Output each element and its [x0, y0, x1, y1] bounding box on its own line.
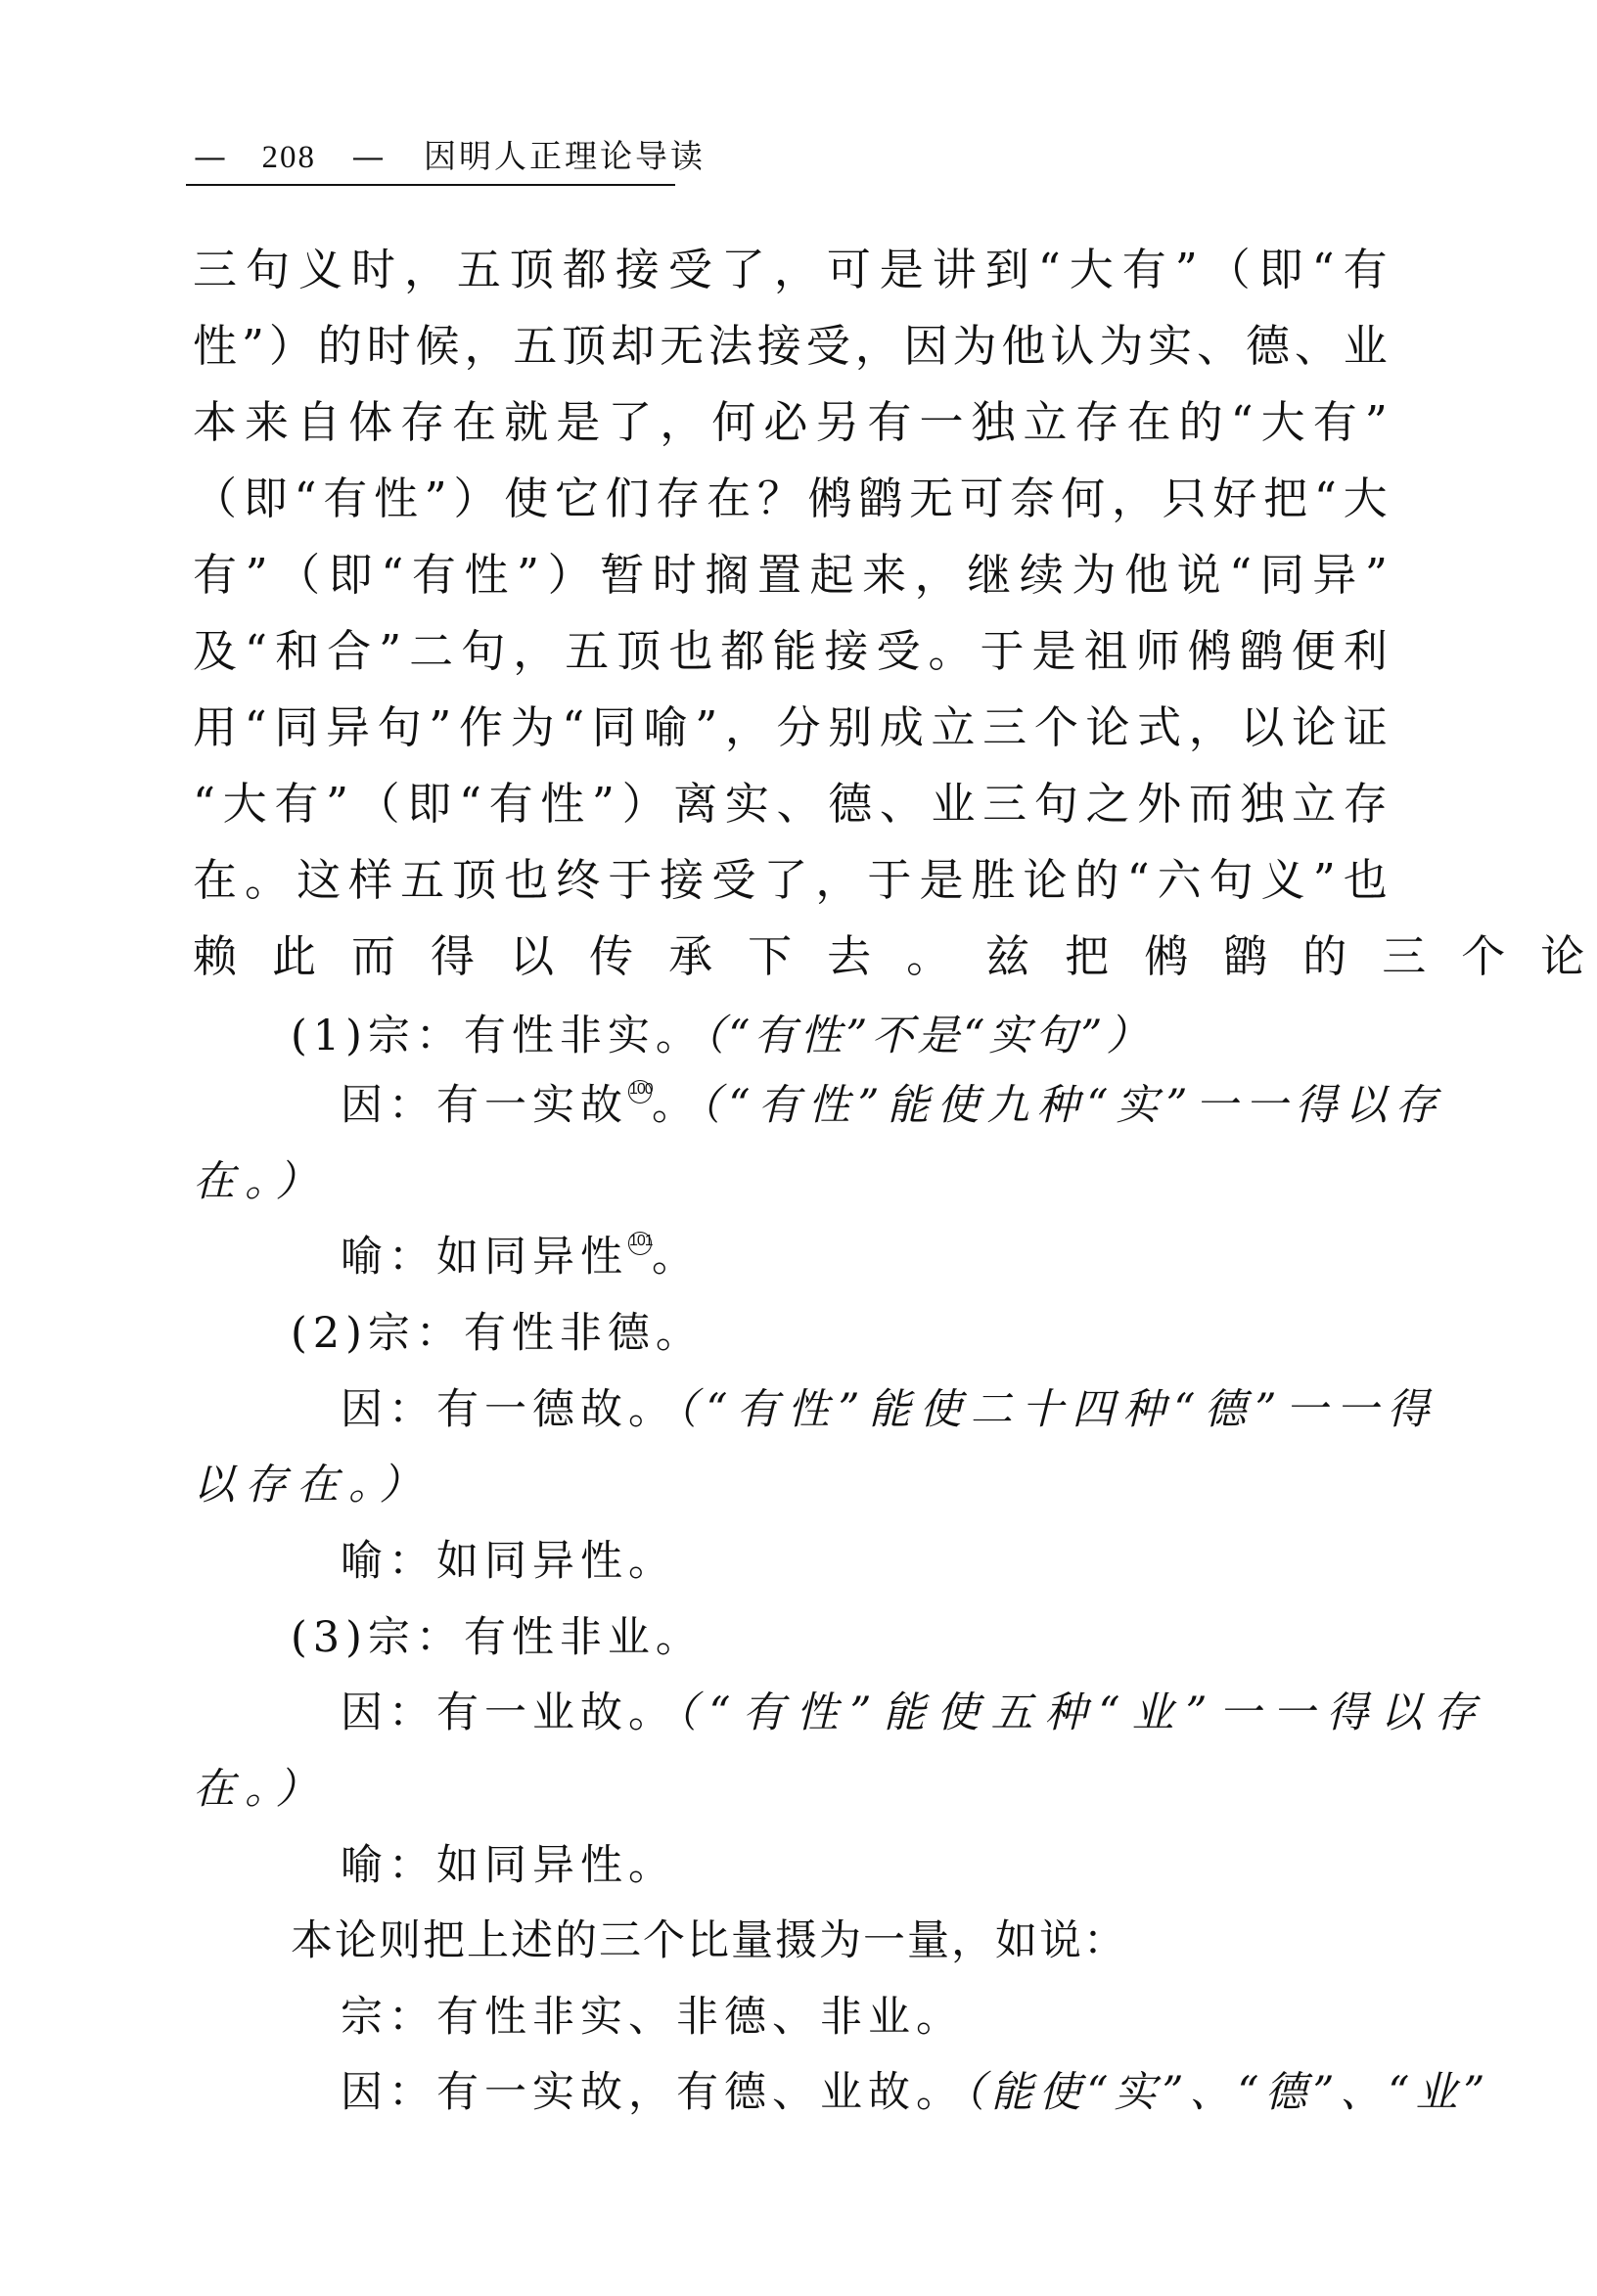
- glyph: 三: [1382, 931, 1426, 1008]
- glyph: 于: [981, 626, 1025, 702]
- glyph: ”: [242, 321, 264, 397]
- glyph: 三: [982, 779, 1027, 855]
- syllogism-1-example-end: 。: [652, 1233, 700, 1282]
- glyph: ”: [695, 702, 717, 779]
- glyph: 。: [906, 931, 950, 1008]
- syllogism-1-reason-end: 。: [652, 1081, 700, 1130]
- syllogism-1-reason-line: 因：有一实故100。（“有性”能使九种“实”一一得以存: [341, 1080, 1444, 1156]
- glyph: 受: [668, 245, 712, 321]
- glyph: 继: [967, 550, 1011, 626]
- glyph: ，: [1189, 702, 1233, 779]
- glyph: 是: [556, 397, 600, 473]
- glyph: 它: [555, 473, 599, 550]
- glyph: 顶: [562, 321, 606, 397]
- glyph: 因: [904, 321, 948, 397]
- glyph: ，: [660, 397, 704, 473]
- glyph: 立: [932, 702, 976, 779]
- glyph: 能: [772, 626, 816, 702]
- glyph: 这: [297, 855, 341, 931]
- glyph: 为: [953, 321, 997, 397]
- glyph: 了: [763, 855, 807, 931]
- glyph: 。: [245, 855, 289, 931]
- glyph: 在: [193, 855, 237, 931]
- syllogism-1-thesis-line: (1)宗：有性非实。（“有性”不是“实句”）: [291, 1011, 1152, 1087]
- glyph: 离: [673, 779, 717, 855]
- glyph: 大: [223, 779, 267, 855]
- glyph: 自: [297, 397, 341, 473]
- glyph: 兹: [985, 931, 1029, 1008]
- glyph: 认: [1050, 321, 1094, 397]
- glyph: （: [193, 473, 237, 550]
- glyph: （: [356, 779, 400, 855]
- glyph: 二: [409, 626, 453, 702]
- syllogism-1-reason-note-wrap: 在。）: [193, 1156, 328, 1233]
- glyph: 顶: [510, 245, 554, 321]
- glyph: 三: [193, 245, 237, 321]
- glyph: 性: [374, 473, 418, 550]
- glyph: 五: [457, 245, 501, 321]
- glyph: 于: [867, 855, 911, 931]
- glyph: 鹠: [1240, 626, 1284, 702]
- glyph: ）: [548, 550, 592, 626]
- combined-reason: 因：有一实故，有德、业故。: [341, 2068, 964, 2117]
- combined-intro: 本论则把上述的三个比量摄为一量，如说：: [291, 1915, 1127, 1992]
- glyph: ”: [592, 779, 615, 855]
- glyph: 也: [504, 855, 548, 931]
- syllogism-1-example-line: 喻：如同异性101。: [341, 1232, 700, 1308]
- glyph: 、: [777, 779, 821, 855]
- glyph: 讲: [933, 245, 977, 321]
- syllogism-3-reason-note: （“有性”能使五种“业”一一得以存: [676, 1688, 1487, 1737]
- syllogism-2-reason: 因：有一德故。: [341, 1385, 676, 1434]
- glyph: 性: [540, 779, 584, 855]
- glyph: 即: [407, 779, 451, 855]
- glyph: 大: [1070, 245, 1114, 321]
- paragraph-line: 在。这样五顶也终于接受了，于是胜论的“六句义”也: [193, 855, 1388, 931]
- glyph: 也: [668, 626, 712, 702]
- glyph: 鸺: [808, 473, 852, 550]
- glyph: 接: [616, 245, 660, 321]
- glyph: 顶: [616, 626, 661, 702]
- glyph: ”: [326, 779, 348, 855]
- syllogism-1-reason-note: （“有性”能使九种“实”一一得以存: [700, 1081, 1444, 1130]
- glyph: “: [245, 626, 267, 702]
- glyph: 式: [1137, 702, 1181, 779]
- paragraph-line: 性”）的时候，五顶却无法接受，因为他认为实、德、业: [193, 321, 1388, 397]
- glyph: ，: [513, 626, 557, 702]
- glyph: 论: [1540, 931, 1584, 1008]
- glyph: ）: [269, 321, 313, 397]
- glyph: 论: [1292, 702, 1336, 779]
- glyph: ，: [404, 245, 448, 321]
- glyph: 一: [919, 397, 963, 473]
- glyph: 鹠: [858, 473, 902, 550]
- glyph: 了: [721, 245, 765, 321]
- glyph: 有: [1313, 397, 1357, 473]
- glyph: 即: [329, 550, 373, 626]
- glyph: ”: [517, 550, 539, 626]
- glyph: “: [1312, 245, 1335, 321]
- glyph: 时: [351, 245, 395, 321]
- glyph: 存: [656, 473, 700, 550]
- glyph: 鹠: [1223, 931, 1267, 1008]
- glyph: 只: [1163, 473, 1207, 550]
- syllogism-3-reason: 因：有一业故。: [341, 1688, 676, 1737]
- glyph: 本: [193, 397, 237, 473]
- glyph: 成: [880, 702, 924, 779]
- glyph: ）: [453, 473, 497, 550]
- glyph: 无: [660, 321, 704, 397]
- glyph: 就: [504, 397, 548, 473]
- glyph: 把: [1065, 931, 1109, 1008]
- glyph: ）: [622, 779, 666, 855]
- glyph: 六: [1158, 855, 1202, 931]
- glyph: 说: [1177, 550, 1221, 626]
- glyph: 分: [777, 702, 821, 779]
- glyph: 来: [245, 397, 289, 473]
- paragraph-line: （即“有性”）使它们存在？鸺鹠无可奈何，只好把“大: [193, 473, 1388, 550]
- glyph: 却: [611, 321, 655, 397]
- glyph: 何: [1061, 473, 1105, 550]
- glyph: 个: [1034, 702, 1078, 779]
- syllogism-2-reason-line: 因：有一德故。（“有性”能使二十四种“德”一一得: [341, 1384, 1437, 1461]
- glyph: 受: [876, 626, 920, 702]
- glyph: 来: [862, 550, 906, 626]
- glyph: “: [381, 550, 403, 626]
- syllogism-2-number: (2): [291, 1309, 368, 1358]
- glyph: 有: [1344, 245, 1388, 321]
- glyph: 有: [1122, 245, 1166, 321]
- syllogism-1-thesis-note: （“有性”不是“实句”）: [704, 1012, 1152, 1060]
- glyph: 作: [459, 702, 503, 779]
- paragraph-line: 三句义时，五顶都接受了，可是讲到“大有”（即“有: [193, 245, 1388, 321]
- glyph: 把: [1263, 473, 1307, 550]
- glyph: 便: [1292, 626, 1336, 702]
- glyph: 奈: [1010, 473, 1054, 550]
- glyph: “: [459, 779, 481, 855]
- glyph: 同: [592, 702, 636, 779]
- glyph: 合: [327, 626, 371, 702]
- glyph: 去: [827, 931, 871, 1008]
- glyph: 使: [504, 473, 548, 550]
- glyph: “: [1231, 397, 1254, 473]
- glyph: ，: [855, 321, 899, 397]
- syllogism-1-example: 喻：如同异性: [341, 1233, 628, 1282]
- glyph: 终: [556, 855, 600, 931]
- glyph: 时: [653, 550, 697, 626]
- syllogism-2-reason-note: （“有性”能使二十四种“德”一一得: [676, 1385, 1437, 1434]
- glyph: 何: [711, 397, 755, 473]
- glyph: ，: [1112, 473, 1156, 550]
- glyph: 德: [828, 779, 872, 855]
- syllogism-2-thesis-line: (2)宗：有性非德。: [291, 1308, 704, 1384]
- glyph: 别: [828, 702, 872, 779]
- glyph: 喻: [644, 702, 688, 779]
- glyph: 异: [326, 702, 370, 779]
- glyph: 性: [193, 321, 237, 397]
- glyph: 存: [1344, 779, 1388, 855]
- glyph: ，: [774, 245, 818, 321]
- glyph: 接: [824, 626, 868, 702]
- glyph: ，: [725, 702, 769, 779]
- glyph: 及: [193, 626, 237, 702]
- glyph: ，: [464, 321, 508, 397]
- syllogism-3-number: (3): [291, 1613, 368, 1662]
- glyph: 传: [589, 931, 633, 1008]
- syllogism-1-number: (1): [291, 1012, 368, 1060]
- glyph: 可: [827, 245, 871, 321]
- syllogism-3-thesis: 宗：有性非业。: [368, 1613, 704, 1662]
- glyph: 用: [193, 702, 237, 779]
- glyph: （: [276, 550, 320, 626]
- glyph: ”: [425, 473, 447, 550]
- glyph: 句: [461, 626, 505, 702]
- glyph: 有: [323, 473, 367, 550]
- glyph: 有: [193, 550, 237, 626]
- glyph: 鸺: [1188, 626, 1232, 702]
- glyph: ”: [1365, 397, 1388, 473]
- glyph: 受: [711, 855, 755, 931]
- glyph: 有: [274, 779, 318, 855]
- glyph: 下: [748, 931, 792, 1008]
- glyph: 的: [1075, 855, 1119, 931]
- syllogism-3-reason-line: 因：有一业故。（“有性”能使五种“业”一一得以存: [341, 1688, 1487, 1764]
- glyph: 是: [919, 855, 963, 931]
- page-number: 208: [262, 138, 317, 177]
- glyph: 同: [1260, 550, 1304, 626]
- syllogism-2-example-line: 喻：如同异性。: [341, 1536, 676, 1612]
- glyph: 暂: [600, 550, 644, 626]
- combined-thesis: 宗：有性非实、非德、非业。: [341, 1992, 964, 2068]
- header-dash-left: —: [194, 137, 226, 176]
- glyph: 他: [1001, 321, 1045, 397]
- glyph: 实: [1148, 321, 1192, 397]
- glyph: 异: [1312, 550, 1356, 626]
- glyph: 论: [1085, 702, 1129, 779]
- glyph: “: [193, 779, 215, 855]
- footnote-marker-100: 100: [628, 1080, 652, 1103]
- glyph: 胜: [971, 855, 1015, 931]
- glyph: 他: [1124, 550, 1168, 626]
- glyph: 即: [1259, 245, 1303, 321]
- paragraph-line: “大有”（即“有性”）离实、德、业三句之外而独立存: [193, 779, 1388, 855]
- glyph: 独: [971, 397, 1015, 473]
- glyph: 在: [452, 397, 496, 473]
- glyph: 的: [1179, 397, 1223, 473]
- paragraph-line: 用“同异句”作为“同喻”，分别成立三个论式，以论证: [193, 702, 1388, 779]
- paragraph-line: 及“和合”二句，五顶也都能接受。于是祖师鸺鹠便利: [193, 626, 1388, 702]
- glyph: 以: [1240, 702, 1284, 779]
- syllogism-3-example-line: 喻：如同异性。: [341, 1840, 676, 1916]
- glyph: 鸺: [1144, 931, 1188, 1008]
- glyph: 必: [763, 397, 807, 473]
- glyph: 为: [1072, 550, 1116, 626]
- glyph: 为: [1099, 321, 1143, 397]
- glyph: 性: [464, 550, 508, 626]
- glyph: 大: [1344, 473, 1388, 550]
- glyph: “: [1127, 855, 1150, 931]
- glyph: 祖: [1084, 626, 1128, 702]
- glyph: 搁: [705, 550, 749, 626]
- glyph: 另: [815, 397, 859, 473]
- glyph: ，: [915, 550, 959, 626]
- glyph: 句: [1209, 855, 1254, 931]
- syllogism-3-reason-note-wrap: 在。）: [193, 1764, 328, 1840]
- glyph: 续: [1020, 550, 1064, 626]
- glyph: 赖: [193, 931, 237, 1008]
- glyph: 顶: [452, 855, 496, 931]
- glyph: 是: [1032, 626, 1076, 702]
- glyph: 有: [867, 397, 911, 473]
- glyph: ？: [757, 473, 801, 550]
- glyph: 论: [1024, 855, 1068, 931]
- glyph: 而: [351, 931, 395, 1008]
- glyph: “: [1314, 473, 1337, 550]
- glyph: 有: [412, 550, 456, 626]
- glyph: 时: [367, 321, 411, 397]
- glyph: 义: [1261, 855, 1305, 931]
- glyph: “: [562, 702, 584, 779]
- glyph: 以: [510, 931, 554, 1008]
- glyph: 义: [298, 245, 342, 321]
- glyph: 接: [757, 321, 801, 397]
- syllogism-2-thesis: 宗：有性非德。: [368, 1309, 704, 1358]
- glyph: “: [1229, 550, 1252, 626]
- glyph: 个: [1461, 931, 1505, 1008]
- glyph: 都: [720, 626, 764, 702]
- glyph: 于: [608, 855, 652, 931]
- glyph: 五: [513, 321, 557, 397]
- glyph: ”: [1313, 855, 1336, 931]
- glyph: 利: [1344, 626, 1388, 702]
- running-head: — 208 — 因明人正理论导读: [186, 137, 675, 186]
- paragraph-line: 赖此而得以传承下去。兹把鸺鹠的三个论式胪列如下：: [193, 931, 1388, 1008]
- glyph: 独: [1240, 779, 1284, 855]
- glyph: 业: [932, 779, 976, 855]
- glyph: 、: [880, 779, 924, 855]
- glyph: 得: [431, 931, 475, 1008]
- footnote-marker-101: 101: [628, 1232, 652, 1255]
- glyph: （: [1207, 245, 1251, 321]
- header-dash-right: —: [352, 137, 385, 176]
- glyph: 而: [1189, 779, 1233, 855]
- glyph: 的: [318, 321, 362, 397]
- syllogism-1-reason: 因：有一实故: [341, 1081, 628, 1130]
- paragraph-line: 有”（即“有性”）暂时搁置起来，继续为他说“同异”: [193, 550, 1388, 626]
- glyph: 句: [1034, 779, 1078, 855]
- glyph: 好: [1212, 473, 1256, 550]
- glyph: 有: [489, 779, 533, 855]
- glyph: 即: [244, 473, 288, 550]
- syllogism-1-thesis: 宗：有性非实。: [368, 1012, 704, 1060]
- glyph: 体: [348, 397, 392, 473]
- glyph: 同: [274, 702, 318, 779]
- glyph: 实: [725, 779, 769, 855]
- glyph: ”: [1365, 550, 1388, 626]
- glyph: 样: [348, 855, 392, 931]
- glyph: ”: [1175, 245, 1198, 321]
- glyph: 立: [1292, 779, 1336, 855]
- glyph: 了: [608, 397, 652, 473]
- glyph: 、: [1197, 321, 1241, 397]
- glyph: 可: [960, 473, 1004, 550]
- glyph: 五: [565, 626, 609, 702]
- glyph: 五: [400, 855, 444, 931]
- glyph: 句: [246, 245, 290, 321]
- paragraph-line: 本来自体存在就是了，何必另有一独立存在的“大有”: [193, 397, 1388, 473]
- glyph: 受: [806, 321, 850, 397]
- glyph: 的: [1302, 931, 1346, 1008]
- book-title: 因明人正理论导读: [424, 137, 706, 176]
- glyph: 置: [757, 550, 801, 626]
- glyph: 无: [909, 473, 953, 550]
- glyph: 承: [668, 931, 712, 1008]
- glyph: 、: [1295, 321, 1339, 397]
- glyph: 在: [1127, 397, 1171, 473]
- glyph: 存: [1075, 397, 1119, 473]
- glyph: 句: [378, 702, 422, 779]
- syllogism-3-thesis-line: (3)宗：有性非业。: [291, 1612, 704, 1688]
- glyph: “: [245, 702, 267, 779]
- glyph: 在: [707, 473, 751, 550]
- glyph: 到: [985, 245, 1029, 321]
- combined-reason-line: 因：有一实故，有德、业故。（能使“实”、“德”、“业”: [341, 2067, 1490, 2143]
- glyph: 德: [1246, 321, 1290, 397]
- glyph: “: [1038, 245, 1061, 321]
- glyph: 师: [1136, 626, 1180, 702]
- glyph: 大: [1261, 397, 1305, 473]
- glyph: 候: [416, 321, 460, 397]
- glyph: 存: [400, 397, 444, 473]
- glyph: 三: [982, 702, 1027, 779]
- glyph: 为: [511, 702, 555, 779]
- combined-reason-note: （能使“实”、“德”、“业”: [964, 2068, 1490, 2117]
- glyph: 之: [1085, 779, 1129, 855]
- glyph: 外: [1137, 779, 1181, 855]
- glyph: 此: [272, 931, 316, 1008]
- glyph: 都: [563, 245, 607, 321]
- glyph: 证: [1344, 702, 1388, 779]
- glyph: 起: [810, 550, 854, 626]
- glyph: “: [294, 473, 316, 550]
- syllogism-2-reason-note-wrap: 以存在。）: [193, 1460, 432, 1536]
- glyph: ”: [379, 626, 401, 702]
- glyph: 接: [660, 855, 704, 931]
- glyph: 立: [1024, 397, 1068, 473]
- glyph: ”: [246, 550, 268, 626]
- glyph: 法: [708, 321, 753, 397]
- glyph: ”: [429, 702, 451, 779]
- glyph: 也: [1344, 855, 1388, 931]
- glyph: 。: [928, 626, 972, 702]
- glyph: 们: [606, 473, 650, 550]
- glyph: 是: [880, 245, 924, 321]
- glyph: 业: [1344, 321, 1388, 397]
- glyph: ，: [815, 855, 859, 931]
- glyph: 和: [275, 626, 319, 702]
